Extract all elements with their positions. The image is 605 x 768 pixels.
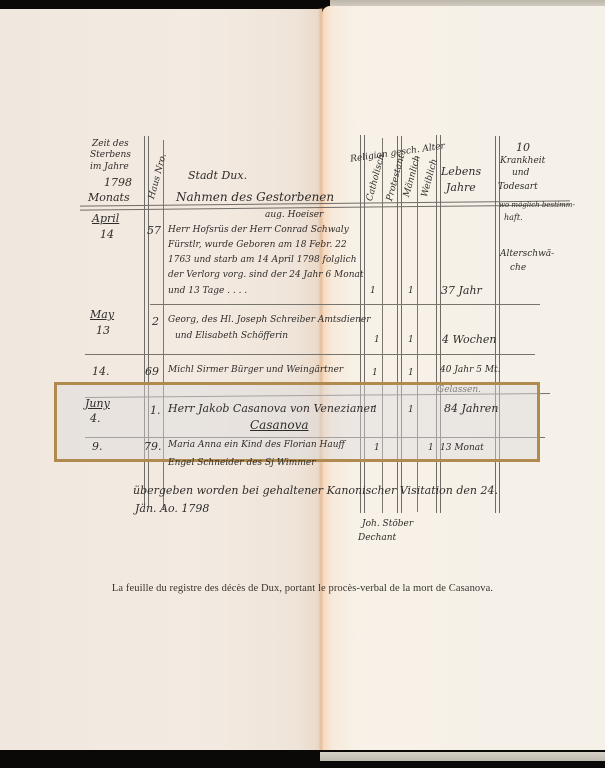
signature-title: Dechant	[358, 534, 396, 543]
entry-catholic: 1	[374, 444, 380, 453]
header-cause-line-1: Krankheit	[500, 157, 545, 166]
entry-name-line: 1763 und starb am 14 April 1798 folglich	[168, 256, 357, 265]
entry-house-no: 69	[145, 366, 159, 378]
header-date-line-1: Zeit des	[92, 140, 129, 149]
entry-name-annotation: aug. Hoeiser	[265, 211, 323, 220]
header-age-line-2: Jahre	[446, 182, 476, 194]
grid-row-rule	[85, 354, 535, 355]
figure-caption: La feuille du registre des décès de Dux,…	[0, 583, 605, 594]
entry-name-casanova: Casanova	[250, 419, 309, 432]
entry-age: 4 Wochen	[442, 334, 497, 346]
entry-male: 1	[408, 336, 414, 345]
entry-male: 1	[408, 369, 414, 378]
entry-cause-line: Alterschwä-	[500, 250, 554, 259]
entry-day: 13	[96, 325, 110, 337]
entry-day: 4.	[90, 413, 101, 425]
entry-age: 40 Jahr 5 Mt.	[440, 366, 501, 375]
entry-month: April	[92, 213, 119, 225]
book-gutter	[318, 8, 324, 754]
entry-month: May	[90, 309, 114, 321]
entry-name-line: und 13 Tage . . . .	[168, 287, 247, 296]
entry-catholic: 1	[372, 406, 378, 415]
entry-cause-line: che	[510, 264, 526, 273]
header-cause-line-3: Todesart	[498, 183, 538, 192]
entry-name-line: Engel Schneider des Sj Wimmer	[168, 459, 316, 468]
entry-male: 1	[408, 287, 414, 296]
page-edge-bottom	[320, 752, 605, 761]
header-date-line-3: im Jahre	[90, 163, 129, 172]
entry-month: Juny	[85, 398, 110, 410]
header-age-line-1: Lebens	[441, 166, 481, 178]
header-date-year: 1798	[104, 177, 132, 189]
header-date-month: Monats	[88, 192, 130, 204]
entry-name-line: der Verlorg vorg. sind der 24 Jahr 6 Mon…	[168, 271, 363, 280]
entry-female: 1	[428, 444, 434, 453]
entry-catholic: 1	[370, 287, 376, 296]
signature-name: Joh. Stöber	[362, 520, 413, 529]
entry-day: 9.	[92, 441, 103, 453]
entry-name-line: und Elisabeth Schöfferin	[175, 332, 288, 341]
closing-note-line-1: übergeben worden bei gehaltener Kanonisc…	[133, 485, 498, 497]
header-names-column: Nahmen des Gestorbenen	[176, 191, 334, 204]
entry-day: 14.	[92, 366, 110, 378]
entry-house-no: 79.	[144, 441, 162, 453]
entry-age: 37 Jahr	[441, 285, 482, 297]
entry-name-line: Michl Sirmer Bürger und Weingärtner	[168, 366, 343, 375]
header-cause-number: 10	[516, 142, 530, 154]
entry-name-line: Herr Hofsrüs der Herr Conrad Schwaly	[168, 226, 349, 235]
entry-house-no: 1.	[150, 405, 161, 417]
header-cause-note-1: wo möglich bestimm-	[499, 202, 575, 209]
entry-name-line: Maria Anna ein Kind des Florian Hauff	[168, 441, 345, 450]
header-date-line-2: Sterbens	[90, 151, 131, 160]
header-cause-note-2: haft.	[504, 214, 523, 222]
header-cause-line-2: und	[512, 169, 529, 178]
entry-catholic: 1	[374, 336, 380, 345]
header-place: Stadt Dux.	[188, 170, 247, 182]
grid-row-rule	[150, 304, 540, 305]
entry-name-line: Herr Jakob Casanova von Venezianer	[168, 403, 375, 415]
entry-name-line: Georg, des Hl. Joseph Schreiber Amtsdien…	[168, 316, 371, 325]
entry-age: 84 Jahren	[444, 403, 498, 415]
entry-age: 13 Monat	[440, 444, 484, 453]
entry-catholic: 1	[372, 369, 378, 378]
entry-male: 1	[408, 406, 414, 415]
entry-day: 14	[100, 229, 114, 241]
book-spread: Zeit des Sterbens im Jahre 1798 Monats H…	[0, 0, 605, 768]
entry-name-line: Fürstlr, wurde Geboren am 18 Febr. 22	[168, 241, 347, 250]
entry-house-no: 57	[147, 225, 161, 237]
entry-house-no: 2	[152, 316, 159, 328]
closing-note-line-2: Jän. Ao. 1798	[135, 503, 209, 515]
